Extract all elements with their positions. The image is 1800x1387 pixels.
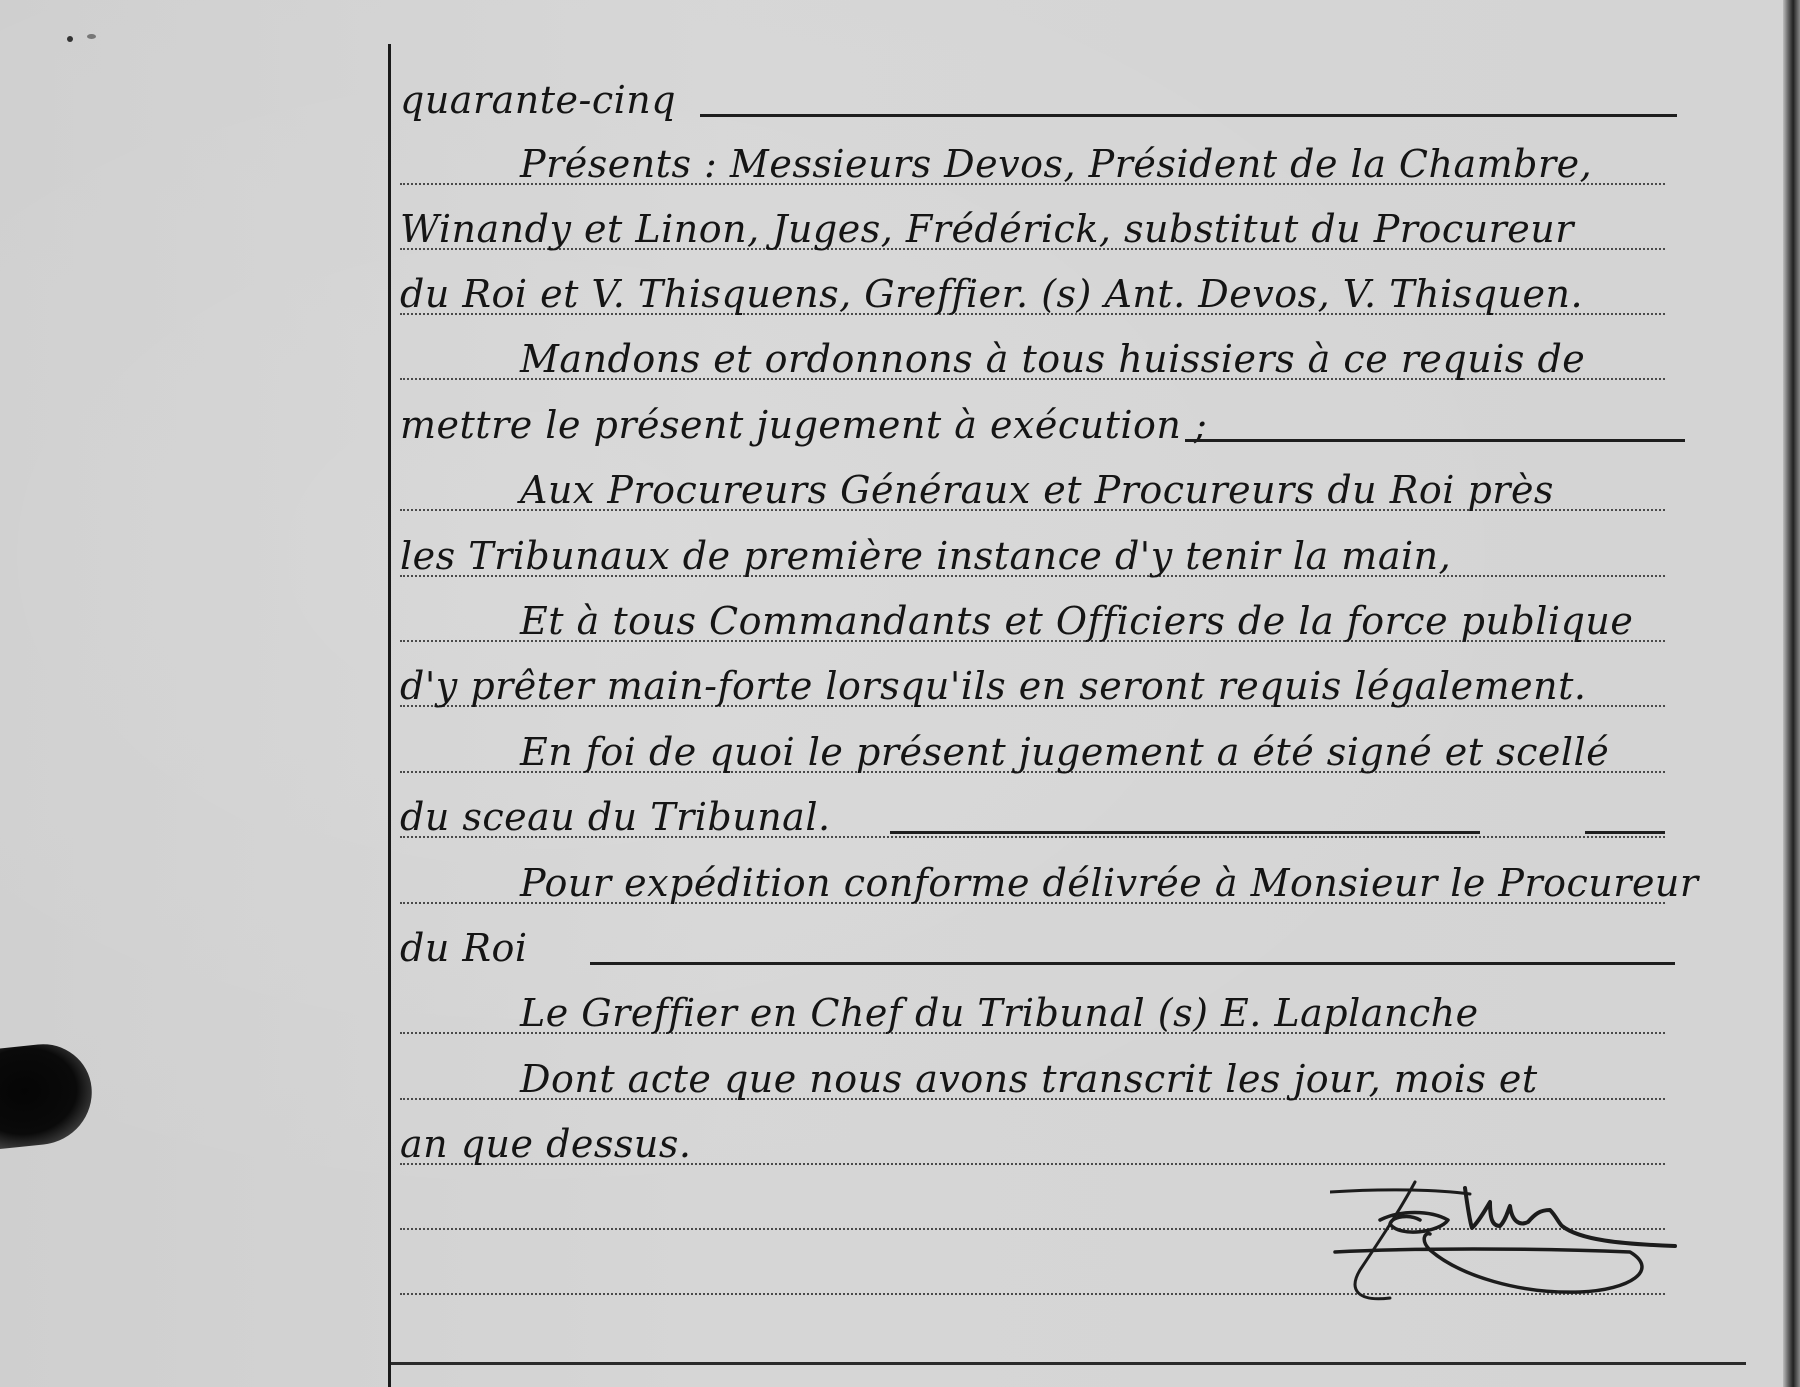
text-line: Aux Procureurs Généraux et Procureurs du… <box>400 457 1665 511</box>
margin-rule <box>388 44 391 1387</box>
text-line: Le Greffier en Chef du Tribunal (s) E. L… <box>400 980 1665 1034</box>
text-line: les Tribunaux de première instance d'y t… <box>400 523 1665 577</box>
line-text: Le Greffier en Chef du Tribunal (s) E. L… <box>520 994 1479 1032</box>
line-text: an que dessus. <box>400 1125 691 1163</box>
thumb-shadow <box>0 1039 97 1150</box>
text-line: Winandy et Linon, Juges, Frédérick, subs… <box>400 196 1665 250</box>
document-page: quarante-cinq Présents : Messieurs Devos… <box>0 0 1800 1387</box>
line-text: quarante-cinq <box>400 81 676 119</box>
filler-dash <box>890 831 1480 834</box>
text-line: du Roi <box>400 915 1665 969</box>
text-line: Et à tous Commandants et Officiers de la… <box>400 588 1665 642</box>
text-line: an que dessus. <box>400 1111 1665 1165</box>
text-line: du Roi et V. Thisquens, Greffier. (s) An… <box>400 261 1665 315</box>
bottom-rule <box>391 1362 1746 1365</box>
line-text: Dont acte que nous avons transcrit les j… <box>520 1060 1538 1098</box>
line-text: Pour expédition conforme délivrée à Mons… <box>520 864 1699 902</box>
page-binding-edge <box>1783 0 1800 1387</box>
text-line: Dont acte que nous avons transcrit les j… <box>400 1046 1665 1100</box>
filler-dash <box>1585 831 1665 834</box>
line-text: du Roi <box>400 929 528 967</box>
line-text: du sceau du Tribunal. <box>400 798 831 836</box>
text-line: mettre le présent jugement à exécution ; <box>400 392 1665 446</box>
text-line: En foi de quoi le présent jugement a été… <box>400 719 1665 773</box>
line-text: Et à tous Commandants et Officiers de la… <box>520 602 1633 640</box>
line-text: Winandy et Linon, Juges, Frédérick, subs… <box>400 210 1574 248</box>
filler-dash <box>590 962 1675 965</box>
text-line: quarante-cinq <box>400 67 1665 121</box>
text-line: Mandons et ordonnons à tous huissiers à … <box>400 326 1665 380</box>
line-text: Présents : Messieurs Devos, Président de… <box>520 145 1592 183</box>
filler-dash <box>1185 439 1685 442</box>
text-line: Pour expédition conforme délivrée à Mons… <box>400 850 1665 904</box>
text-line: Présents : Messieurs Devos, Président de… <box>400 131 1665 185</box>
ink-specks <box>55 32 105 46</box>
line-text: d'y prêter main-forte lorsqu'ils en sero… <box>400 667 1586 705</box>
line-text: Aux Procureurs Généraux et Procureurs du… <box>520 471 1554 509</box>
signature-mark <box>1330 1180 1690 1310</box>
line-text: Mandons et ordonnons à tous huissiers à … <box>520 340 1585 378</box>
text-line: d'y prêter main-forte lorsqu'ils en sero… <box>400 653 1665 707</box>
line-text: En foi de quoi le présent jugement a été… <box>520 733 1609 771</box>
line-text: du Roi et V. Thisquens, Greffier. (s) An… <box>400 275 1583 313</box>
filler-dash <box>700 114 1677 117</box>
line-text: mettre le présent jugement à exécution ; <box>400 406 1207 444</box>
text-line: du sceau du Tribunal. <box>400 784 1665 838</box>
line-text: les Tribunaux de première instance d'y t… <box>400 537 1451 575</box>
